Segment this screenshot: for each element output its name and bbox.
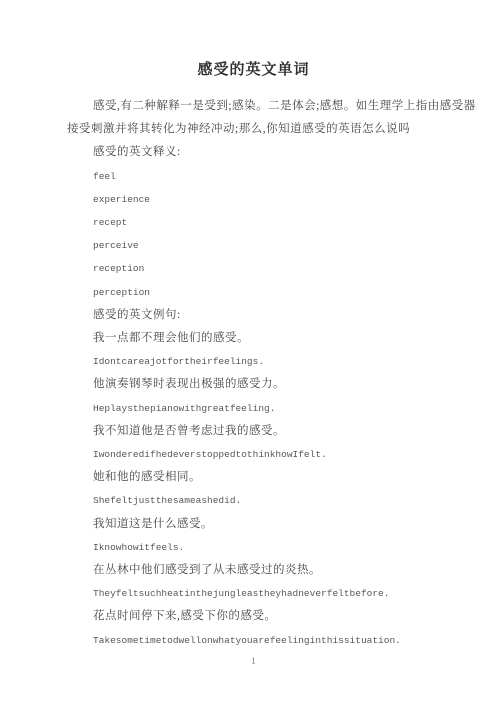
example-sentence-en: IwonderedifhedeverstoppedtothinkhowIfelt… [67, 443, 440, 466]
example-sentence-zh: 他演奏钢琴时表现出极强的感受力。 [67, 373, 440, 396]
vocab-item: experience [67, 188, 440, 211]
vocab-item: recept [67, 211, 440, 234]
example-sentence-zh: 我一点都不理会他们的感受。 [67, 327, 440, 350]
page-number: 1 [67, 653, 440, 671]
vocab-item: perceive [67, 234, 440, 257]
vocab-item: reception [67, 257, 440, 280]
page-title: 感受的英文单词 [67, 62, 440, 78]
example-sentence-en: Iknowhowitfeels. [67, 536, 440, 559]
vocab-item: feel [67, 165, 440, 188]
example-sentence-zh: 在丛林中他们感受到了从未感受过的炎热。 [67, 559, 440, 582]
example-sentence-zh: 我不知道他是否曾考虑过我的感受。 [67, 420, 440, 443]
example-sentence-zh: 我知道这是什么感受。 [67, 513, 440, 536]
document-page: 感受的英文单词 感受,有二种解释一是受到;感染。二是体会;感想。如生理学上指由感… [0, 0, 500, 708]
example-sentence-zh: 花点时间停下来,感受下你的感受。 [67, 605, 440, 628]
vocab-item: perception [67, 281, 440, 304]
example-sentence-en: Idontcareajotfortheirfeelings. [67, 350, 440, 373]
example-sentence-en: Takesometimetodwellonwhatyouarefeelingin… [67, 629, 440, 652]
example-sentence-en: Heplaysthepianowithgreatfeeling. [67, 397, 440, 420]
intro-paragraph-line-2: 接受刺激并将其转化为神经冲动;那么,你知道感受的英语怎么说吗 [67, 118, 440, 141]
example-sentence-en: Theyfeltsuchheatinthejungleastheyhadneve… [67, 582, 440, 605]
example-sentence-en: Shefeltjustthesameashedid. [67, 489, 440, 512]
section-heading-definitions: 感受的英文释义: [67, 141, 440, 164]
intro-paragraph-line-1: 感受,有二种解释一是受到;感染。二是体会;感想。如生理学上指由感受器 [67, 95, 440, 118]
example-sentence-zh: 她和他的感受相同。 [67, 466, 440, 489]
section-heading-examples: 感受的英文例句: [67, 304, 440, 327]
